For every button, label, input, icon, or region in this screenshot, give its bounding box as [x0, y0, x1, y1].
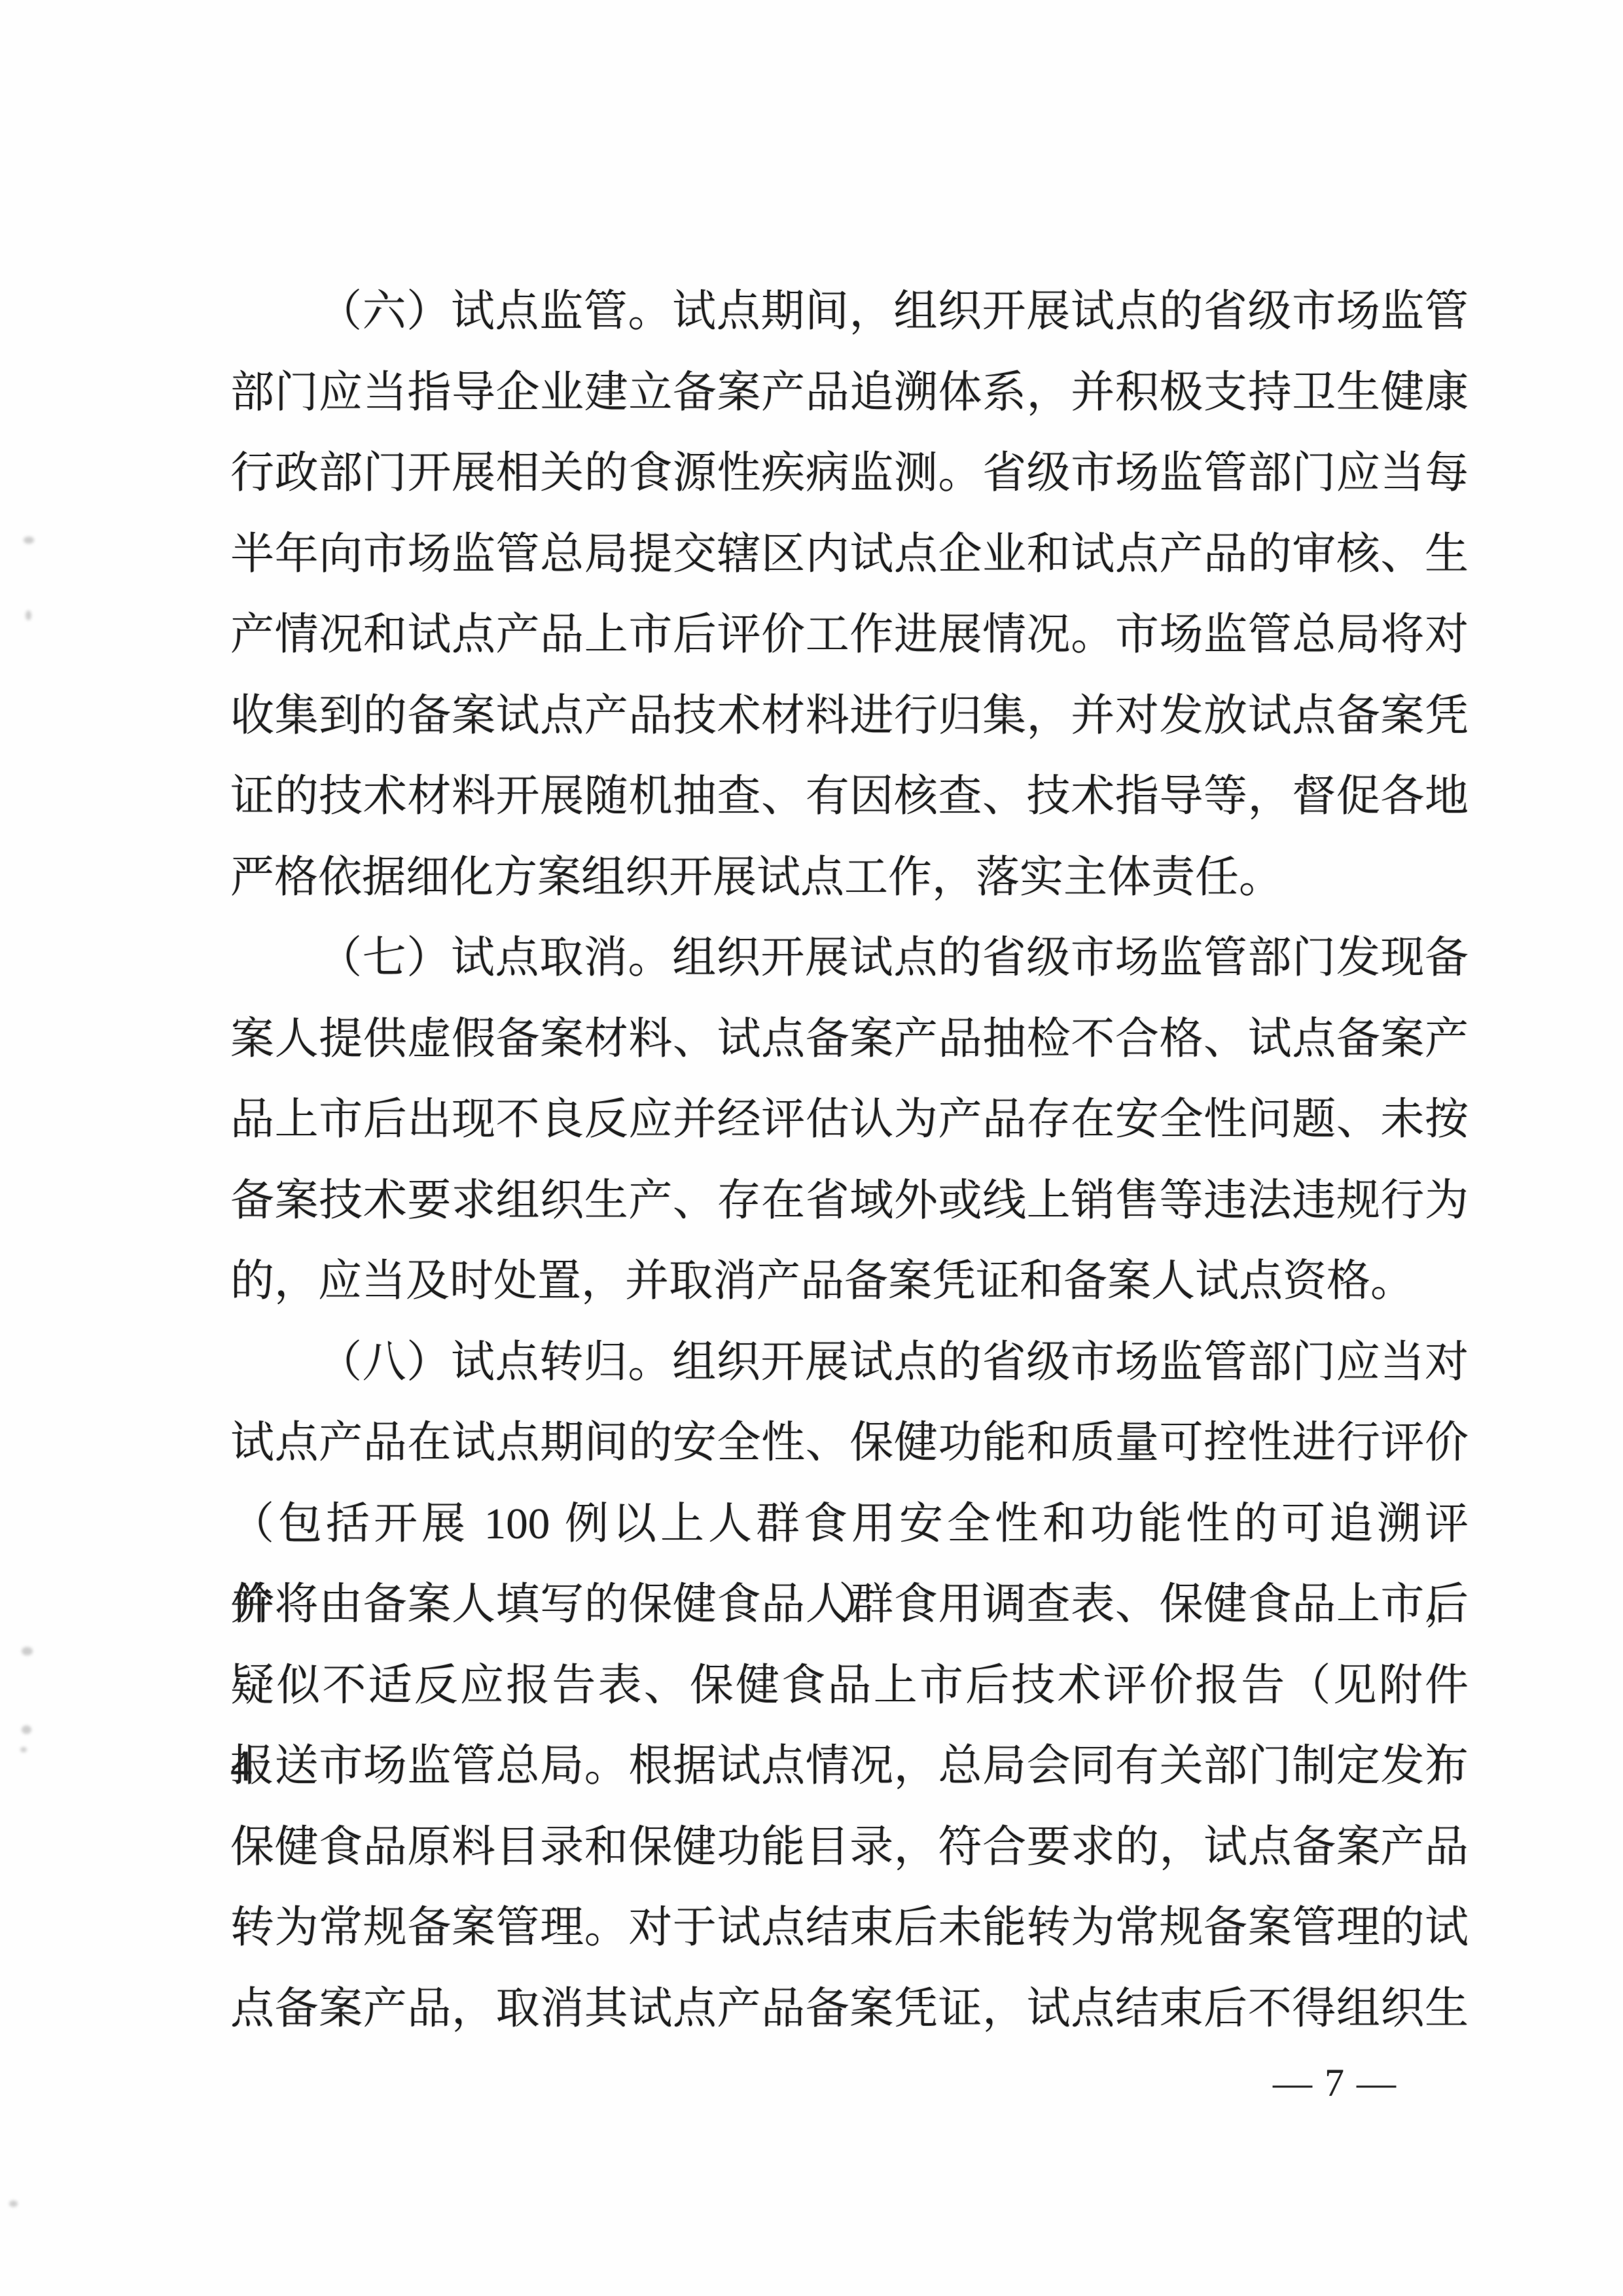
text-line: 备案技术要求组织生产、存在省域外或线上销售等违法违规行为: [230, 1161, 1469, 1242]
document-page: （六）试点监管。试点期间，组织开展试点的省级市场监管 部门应当指导企业建立备案产…: [0, 0, 1623, 2296]
scan-speck: [22, 1647, 33, 1655]
paragraph-item-8: （八）试点转归。组织开展试点的省级市场监管部门应当对 试点产品在试点期间的安全性…: [230, 1322, 1469, 2050]
text-line: 严格依据细化方案组织开展试点工作，落实主体责任。: [230, 838, 1469, 919]
document-text: （六）试点监管。试点期间，组织开展试点的省级市场监管 部门应当指导企业建立备案产…: [230, 272, 1469, 2049]
text-line: 并将由备案人填写的保健食品人群食用调查表、保健食品上市后: [230, 1564, 1469, 1646]
text-line: 转为常规备案管理。对于试点结束后未能转为常规备案管理的试: [230, 1888, 1469, 1969]
text-line: 产情况和试点产品上市后评价工作进展情况。市场监管总局将对: [230, 595, 1469, 676]
scan-speck: [24, 537, 34, 544]
text-line: （八）试点转归。组织开展试点的省级市场监管部门应当对: [230, 1322, 1469, 1404]
page-number: — 7 —: [1253, 2060, 1417, 2106]
text-line: 行政部门开展相关的食源性疾病监测。省级市场监管部门应当每: [230, 433, 1469, 514]
text-line: 试点产品在试点期间的安全性、保健功能和质量可控性进行评价: [230, 1403, 1469, 1484]
text-line: 案人提供虚假备案材料、试点备案产品抽检不合格、试点备案产: [230, 999, 1469, 1080]
text-line: 点备案产品，取消其试点产品备案凭证，试点结束后不得组织生: [230, 1969, 1469, 2050]
text-line: 收集到的备案试点产品技术材料进行归集，并对发放试点备案凭: [230, 676, 1469, 757]
paragraph-item-6: （六）试点监管。试点期间，组织开展试点的省级市场监管 部门应当指导企业建立备案产…: [230, 272, 1469, 918]
scan-speck: [9, 2200, 18, 2207]
scan-speck: [22, 1725, 31, 1734]
paragraph-item-7: （七）试点取消。组织开展试点的省级市场监管部门发现备 案人提供虚假备案材料、试点…: [230, 918, 1469, 1322]
scan-speck: [20, 1747, 27, 1752]
text-line: 证的技术材料开展随机抽查、有因核查、技术指导等，督促各地: [230, 756, 1469, 838]
text-line: 保健食品原料目录和保健功能目录，符合要求的，试点备案产品: [230, 1807, 1469, 1888]
text-line: （七）试点取消。组织开展试点的省级市场监管部门发现备: [230, 918, 1469, 999]
text-line: （六）试点监管。试点期间，组织开展试点的省级市场监管: [230, 272, 1469, 353]
scan-speck: [26, 610, 31, 620]
text-line: 品上市后出现不良反应并经评估认为产品存在安全性问题、未按: [230, 1080, 1469, 1161]
text-line: 疑似不适反应报告表、保健食品上市后技术评价报告（见附件 4）: [230, 1646, 1469, 1727]
text-line: （包括开展 100 例以上人群食用安全性和功能性的可追溯评价），: [230, 1484, 1469, 1565]
text-line: 半年向市场监管总局提交辖区内试点企业和试点产品的审核、生: [230, 514, 1469, 595]
text-line: 报送市场监管总局。根据试点情况，总局会同有关部门制定发布: [230, 1726, 1469, 1807]
text-line: 部门应当指导企业建立备案产品追溯体系，并积极支持卫生健康: [230, 353, 1469, 434]
text-line: 的，应当及时处置，并取消产品备案凭证和备案人试点资格。: [230, 1241, 1469, 1322]
